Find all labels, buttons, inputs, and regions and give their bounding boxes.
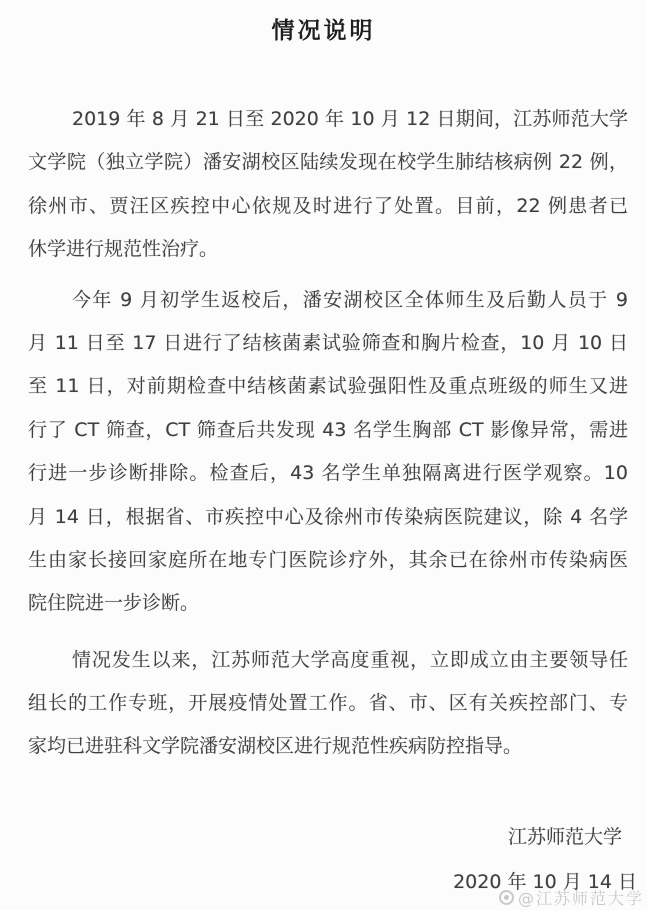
text-line: 行进一步诊断排除。检查后，43 名学生单独隔离进行医学观察。10	[28, 452, 628, 495]
paragraph-3: 情况发生以来，江苏师范大学高度重视，立即成立由主要领导任 组长的工作专班，开展疫…	[28, 639, 628, 769]
text-line: 家均已进驻科文学院潘安湖校区进行规范性疾病防控指导。	[28, 725, 628, 768]
text-line: 月 14 日，根据省、市疾控中心及徐州市传染病医院建议，除 4 名学	[28, 496, 628, 539]
document-page: 情况说明 2019 年 8 月 21 日至 2020 年 10 月 12 日期间…	[0, 0, 647, 910]
text-line: 文学院（独立学院）潘安湖校区陆续发现在校学生肺结核病例 22 例，	[28, 141, 628, 184]
document-title: 情况说明	[0, 0, 647, 48]
signature: 江苏师范大学	[0, 822, 647, 852]
watermark: @江苏师范大学	[499, 886, 644, 909]
text-line: 情况发生以来，江苏师范大学高度重视，立即成立由主要领导任	[28, 639, 628, 682]
text-line: 休学进行规范性治疗。	[28, 228, 628, 271]
paragraph-2: 今年 9 月初学生返校后，潘安湖校区全体师生及后勤人员于 9 月 11 日至 1…	[28, 279, 628, 626]
watermark-text: @江苏师范大学	[518, 886, 644, 909]
weibo-logo-icon	[499, 890, 514, 905]
text-line: 院住院进一步诊断。	[28, 582, 628, 625]
text-line: 2019 年 8 月 21 日至 2020 年 10 月 12 日期间，江苏师范…	[28, 98, 628, 141]
text-line: 组长的工作专班，开展疫情处置工作。省、市、区有关疾控部门、专	[28, 682, 628, 725]
text-line: 徐州市、贾汪区疾控中心依规及时进行了处置。目前，22 例患者已	[28, 185, 628, 228]
text-line: 至 11 日，对前期检查中结核菌素试验强阳性及重点班级的师生又进	[28, 365, 628, 408]
document-body: 2019 年 8 月 21 日至 2020 年 10 月 12 日期间，江苏师范…	[28, 98, 628, 769]
paragraph-1: 2019 年 8 月 21 日至 2020 年 10 月 12 日期间，江苏师范…	[28, 98, 628, 272]
text-line: 生由家长接回家庭所在地专门医院诊疗外，其余已在徐州市传染病医	[28, 539, 628, 582]
text-line: 月 11 日至 17 日进行了结核菌素试验筛查和胸片检查，10 月 10 日	[28, 322, 628, 365]
text-line: 行了 CT 筛查，CT 筛查后共发现 43 名学生胸部 CT 影像异常，需进	[28, 409, 628, 452]
text-line: 今年 9 月初学生返校后，潘安湖校区全体师生及后勤人员于 9	[28, 279, 628, 322]
